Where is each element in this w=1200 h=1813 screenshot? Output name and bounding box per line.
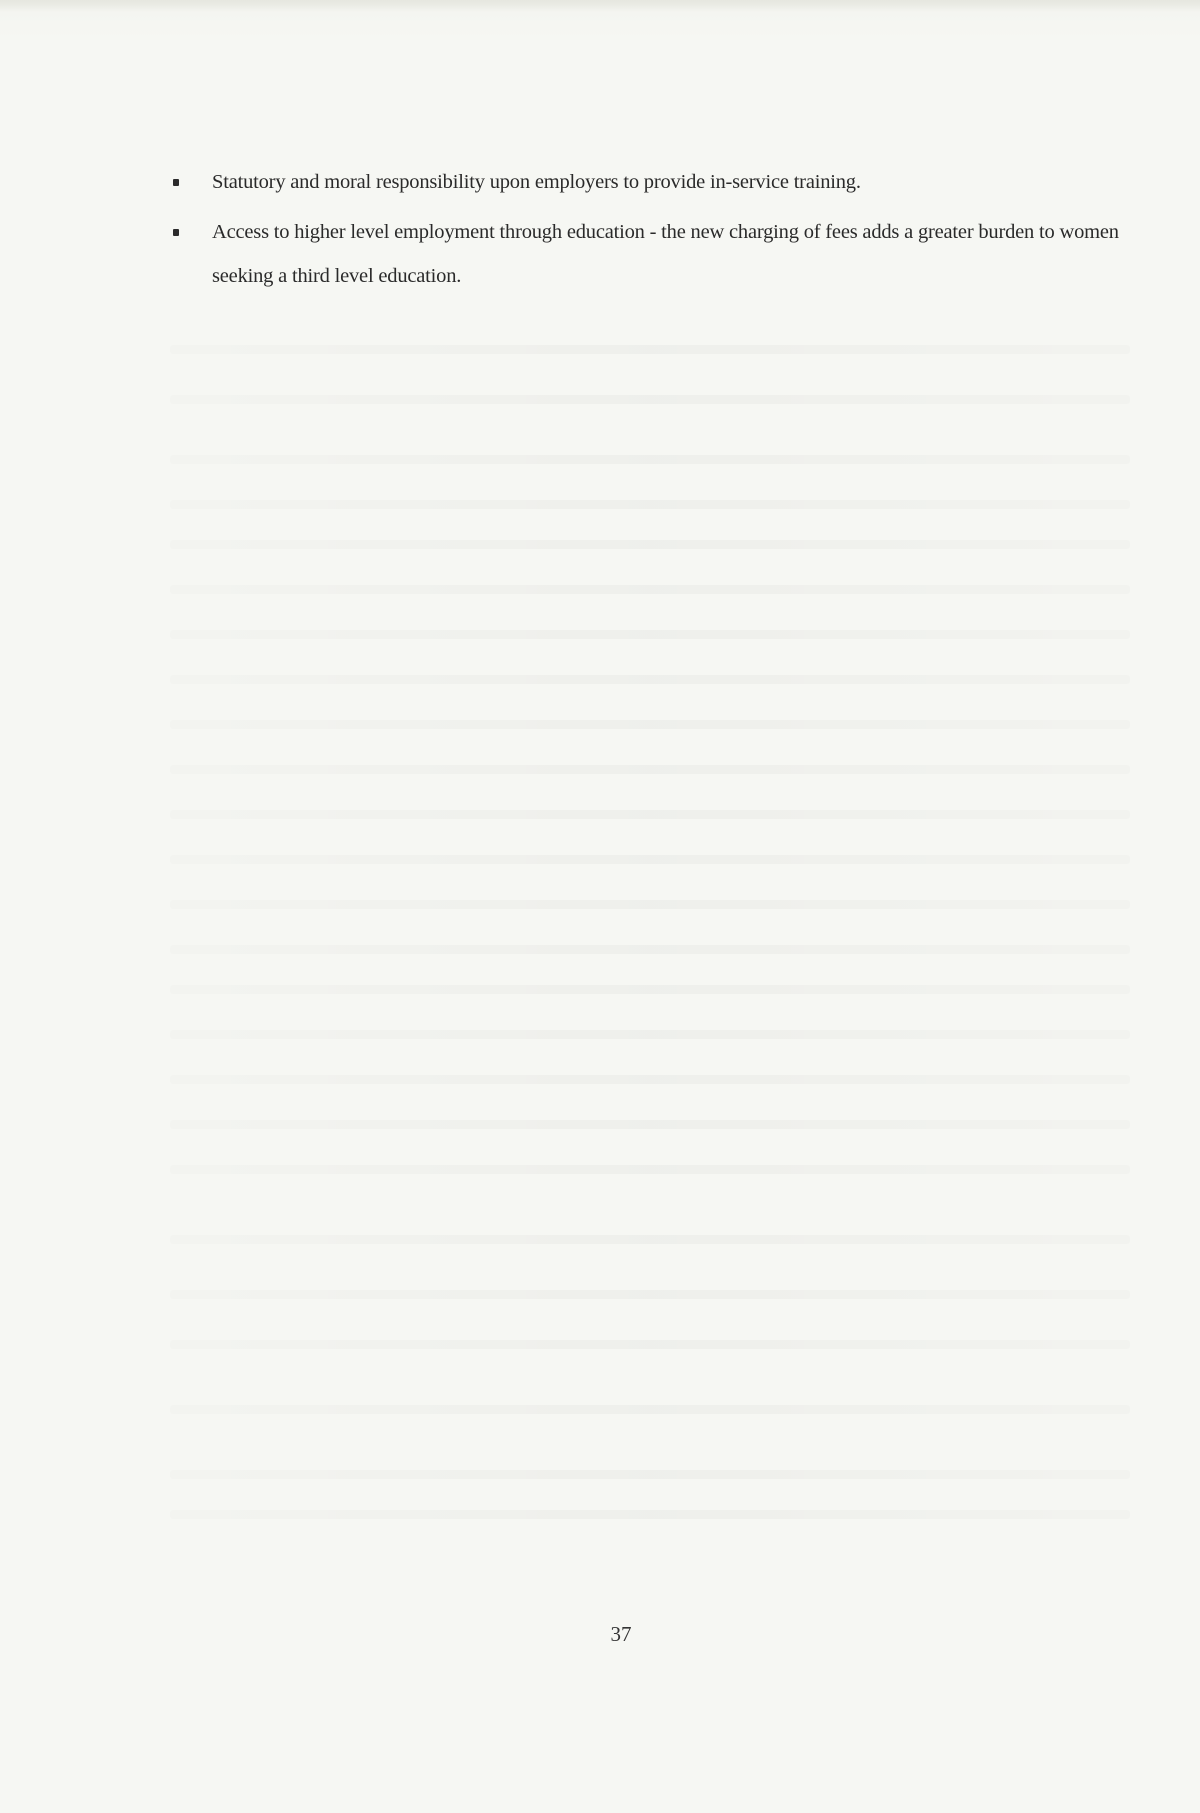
- show-through-line: [170, 945, 1130, 954]
- document-page: Statutory and moral responsibility upon …: [0, 0, 1200, 1813]
- show-through-line: [170, 1405, 1130, 1414]
- show-through-line: [170, 630, 1130, 639]
- show-through-line: [170, 1340, 1130, 1349]
- show-through-line: [170, 1235, 1130, 1244]
- page-number: 37: [0, 1622, 1200, 1647]
- show-through-line: [170, 675, 1130, 684]
- show-through-line: [170, 985, 1130, 994]
- show-through-line: [170, 810, 1130, 819]
- show-through-line: [170, 900, 1130, 909]
- bullet-text: Access to higher level employment throug…: [212, 221, 1119, 287]
- bullet-text: Statutory and moral responsibility upon …: [212, 171, 861, 193]
- show-through-line: [170, 765, 1130, 774]
- show-through-line: [170, 1290, 1130, 1299]
- show-through-line: [170, 345, 1130, 354]
- show-through-line: [170, 500, 1130, 509]
- bullet-item: Statutory and moral responsibility upon …: [170, 160, 1130, 204]
- show-through-line: [170, 455, 1130, 464]
- bullet-list: Statutory and moral responsibility upon …: [170, 160, 1130, 298]
- show-through-line: [170, 395, 1130, 404]
- show-through-line: [170, 585, 1130, 594]
- show-through-line: [170, 1510, 1130, 1519]
- show-through-line: [170, 1120, 1130, 1129]
- show-through-line: [170, 1030, 1130, 1039]
- bullet-item: Access to higher level employment throug…: [170, 210, 1130, 298]
- show-through-line: [170, 540, 1130, 549]
- show-through-line: [170, 1075, 1130, 1084]
- show-through-line: [170, 720, 1130, 729]
- show-through-line: [170, 1470, 1130, 1479]
- bullet-icon: [173, 229, 179, 236]
- show-through-line: [170, 855, 1130, 864]
- show-through-line: [170, 1165, 1130, 1174]
- bullet-icon: [173, 179, 179, 186]
